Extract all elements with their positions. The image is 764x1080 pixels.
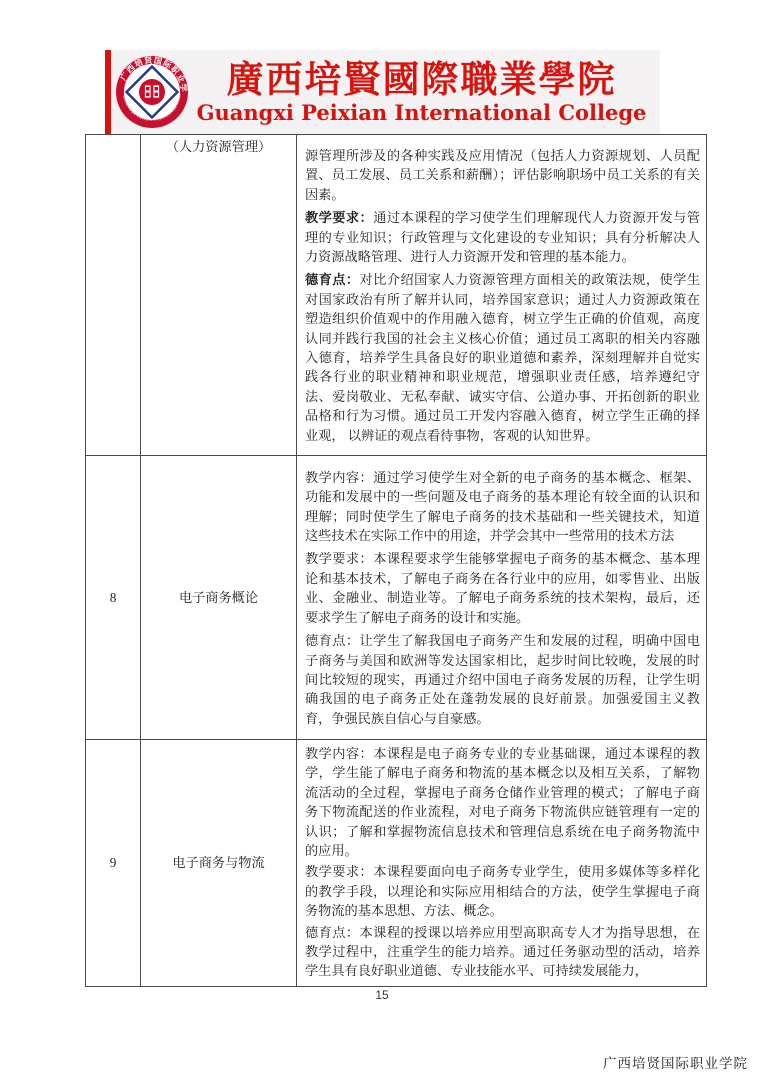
footer-college-name: 广西培贤国际职业学院 [603, 1052, 748, 1072]
course-paragraph: 德育点：让学生了解我国电子商务产生和发展的过程，明确中国电子商务与美国和欧洲等发… [305, 631, 700, 728]
course-paragraph: 德育点：对比介绍国家人力资源管理方面相关的政策法规，使学生对国家政治有所了解并认… [305, 270, 700, 445]
course-paragraph: 源管理所涉及的各种实践及应用情况（包括人力资源规划、人员配置、员工发展、员工关系… [305, 146, 700, 204]
course-paragraph: 德育点：本课程的授课以培养应用型高职高专人才为指导思想，在教学过程中，注重学生的… [305, 923, 700, 981]
paragraph-label: 教学内容： [305, 470, 373, 485]
paragraph-text: 让学生了解我国电子商务产生和发展的过程，明确中国电子商务与美国和欧洲等发达国家相… [305, 633, 700, 726]
course-description-table: （人力资源管理） 源管理所涉及的各种实践及应用情况（包括人力资源规划、人员配置、… [85, 134, 707, 987]
paragraph-label: 教学要求： [305, 210, 373, 225]
college-name-chinese: 廣西培賢國際職業學院 [189, 59, 654, 99]
course-paragraph: 教学内容：通过学习使学生对全新的电子商务的基本概念、框架、功能和发展中的一些问题… [305, 468, 700, 546]
college-name-english: Guangxi Peixian International College [189, 101, 654, 125]
course-name-cell: 电子商务概论 [141, 456, 297, 740]
paragraph-text: 源管理所涉及的各种实践及应用情况（包括人力资源规划、人员配置、员工发展、员工关系… [305, 148, 700, 202]
course-content-cell: 源管理所涉及的各种实践及应用情况（包括人力资源规划、人员配置、员工发展、员工关系… [297, 135, 707, 456]
paragraph-text: 本课程的授课以培养应用型高职高专人才为指导思想，在教学过程中，注重学生的能力培养… [305, 925, 700, 979]
paragraph-label: 教学内容： [305, 746, 373, 761]
course-content-cell: 教学内容：通过学习使学生对全新的电子商务的基本概念、框架、功能和发展中的一些问题… [297, 456, 707, 740]
college-seal-logo: 广西培贤国际职业学院 GUANGXI PEIXIAN INTERNATIONAL… [115, 55, 189, 129]
paragraph-label: 德育点： [305, 633, 360, 648]
paragraph-label: 德育点： [305, 925, 360, 940]
course-number-cell [86, 135, 141, 456]
table-row: （人力资源管理） 源管理所涉及的各种实践及应用情况（包括人力资源规划、人员配置、… [86, 135, 707, 456]
paragraph-label: 教学要求： [305, 864, 373, 879]
course-paragraph: 教学要求：本课程要求学生能够掌握电子商务的基本概念、基本理论和基本技术，了解电子… [305, 549, 700, 627]
paragraph-text: 对比介绍国家人力资源管理方面相关的政策法规，使学生对国家政治有所了解并认同，培养… [305, 272, 700, 442]
course-paragraph: 教学要求：通过本课程的学习使学生们理解现代人力资源开发与管理的专业知识；行政管理… [305, 208, 700, 266]
course-paragraph: 教学要求：本课程要面向电子商务专业学生，使用多媒体等多样化的教学手段，以理论和实… [305, 862, 700, 920]
college-seal-icon: 广西培贤国际职业学院 GUANGXI PEIXIAN INTERNATIONAL… [115, 55, 189, 129]
college-title-block: 廣西培賢國際職業學院 Guangxi Peixian International… [189, 59, 660, 125]
paragraph-text: 本课程是电子商务专业的专业基础课，通过本课程的教学，学生能了解电子商务和物流的基… [305, 746, 700, 858]
page-number: 15 [0, 988, 764, 1002]
document-page: 广西培贤国际职业学院 GUANGXI PEIXIAN INTERNATIONAL… [0, 0, 764, 1080]
course-paragraph: 教学内容：本课程是电子商务专业的专业基础课，通过本课程的教学，学生能了解电子商务… [305, 744, 700, 860]
paragraph-label: 德育点： [305, 272, 360, 287]
table-row: 9 电子商务与物流 教学内容：本课程是电子商务专业的专业基础课，通过本课程的教学… [86, 740, 707, 987]
course-number-cell: 9 [86, 740, 141, 987]
paragraph-label: 教学要求： [305, 551, 373, 566]
table-row: 8 电子商务概论 教学内容：通过学习使学生对全新的电子商务的基本概念、框架、功能… [86, 456, 707, 740]
course-name-cell: （人力资源管理） [141, 135, 297, 456]
course-name-cell: 电子商务与物流 [141, 740, 297, 987]
college-header-banner: 广西培贤国际职业学院 GUANGXI PEIXIAN INTERNATIONAL… [105, 50, 660, 134]
course-number-cell: 8 [86, 456, 141, 740]
banner-left-red-stripe [105, 50, 111, 134]
course-content-cell: 教学内容：本课程是电子商务专业的专业基础课，通过本课程的教学，学生能了解电子商务… [297, 740, 707, 987]
